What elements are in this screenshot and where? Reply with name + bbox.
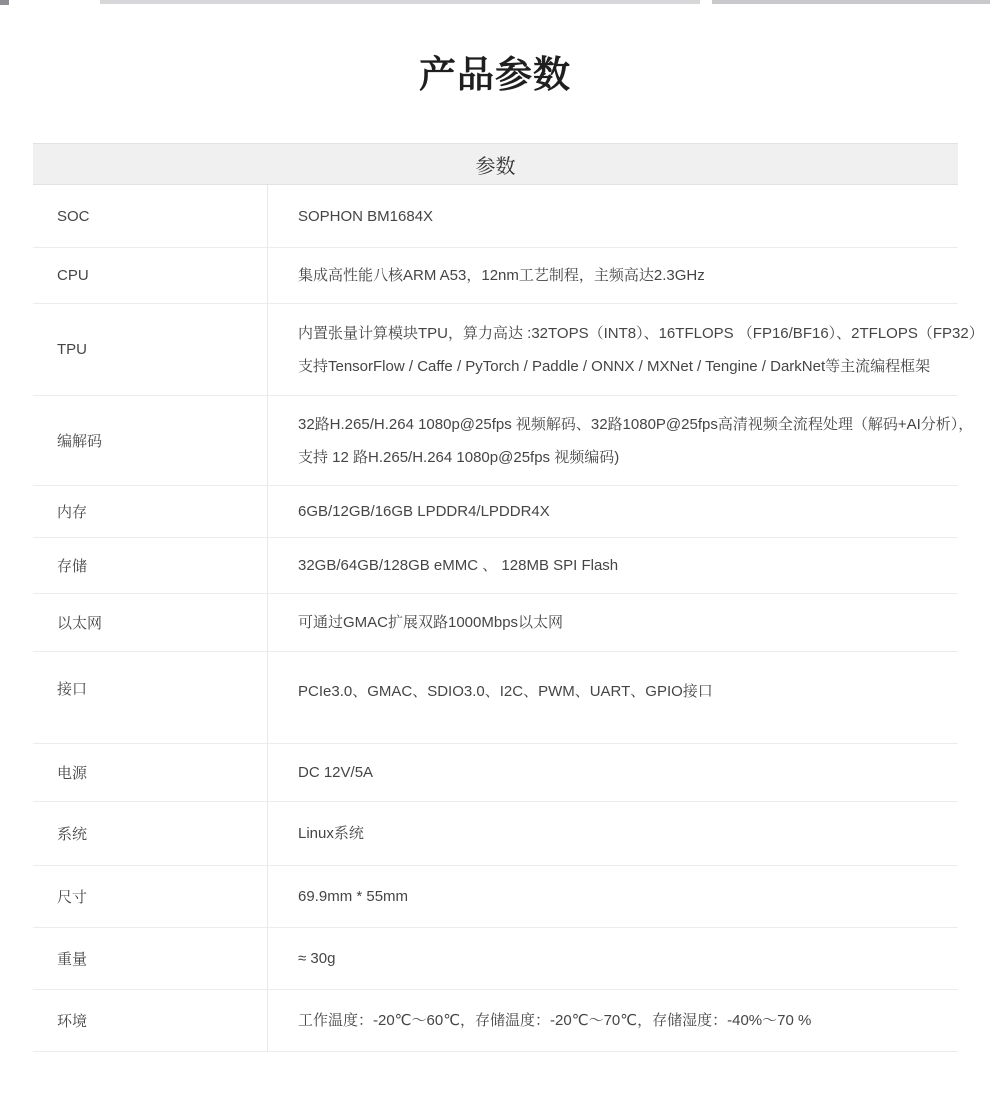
table-row-power: 电源 DC 12V/5A <box>33 744 958 802</box>
spec-value: ≈ 30g <box>268 928 958 989</box>
table-row-environment: 环境 工作温度：-20℃～60℃，存储温度：-20℃～70℃，存储湿度：-40%… <box>33 990 958 1052</box>
spec-value-line: 支持 12 路H.265/H.264 1080p@25fps 视频编码) <box>298 441 973 474</box>
spec-value: 集成高性能八核ARM A53，12nm工艺制程，主频高达2.3GHz <box>268 248 958 303</box>
spec-table: 参数 SOC SOPHON BM1684X CPU 集成高性能八核ARM A53… <box>33 143 958 1052</box>
spec-label: CPU <box>33 248 268 303</box>
top-clipped-strip <box>0 0 990 5</box>
spec-value-line: 32GB/64GB/128GB eMMC 、 128MB SPI Flash <box>298 549 948 582</box>
spec-value-line: 69.9mm * 55mm <box>298 880 948 913</box>
spec-value-line: SOPHON BM1684X <box>298 200 948 233</box>
spec-value: PCIe3.0、GMAC、SDIO3.0、I2C、PWM、UART、GPIO接口 <box>268 652 958 743</box>
table-row-ethernet: 以太网 可通过GMAC扩展双路1000Mbps以太网 <box>33 594 958 652</box>
spec-value: 6GB/12GB/16GB LPDDR4/LPDDR4X <box>268 486 958 537</box>
top-clipped-strip-light-segment <box>100 0 700 4</box>
spec-value-line: 6GB/12GB/16GB LPDDR4/LPDDR4X <box>298 495 948 528</box>
spec-value-line: Linux系统 <box>298 817 948 850</box>
spec-label: 环境 <box>33 990 268 1051</box>
spec-value-line: 32路H.265/H.264 1080p@25fps 视频解码、32路1080P… <box>298 408 973 441</box>
table-row-codec: 编解码 32路H.265/H.264 1080p@25fps 视频解码、32路1… <box>33 396 958 486</box>
spec-label: 接口 <box>33 652 268 743</box>
spec-value-line: PCIe3.0、GMAC、SDIO3.0、I2C、PWM、UART、GPIO接口 <box>298 675 948 708</box>
table-row-soc: SOC SOPHON BM1684X <box>33 185 958 248</box>
table-row-tpu: TPU 内置张量计算模块TPU，算力高达 :32TOPS（INT8）、16TFL… <box>33 304 958 396</box>
spec-table-header: 参数 <box>33 143 958 185</box>
table-row-cpu: CPU 集成高性能八核ARM A53，12nm工艺制程，主频高达2.3GHz <box>33 248 958 304</box>
spec-label: 重量 <box>33 928 268 989</box>
spec-label: 尺寸 <box>33 866 268 927</box>
spec-value-line: 工作温度：-20℃～60℃，存储温度：-20℃～70℃，存储湿度：-40%～70… <box>298 1004 948 1037</box>
spec-label: 电源 <box>33 744 268 801</box>
spec-label: 编解码 <box>33 396 268 485</box>
spec-label: 以太网 <box>33 594 268 651</box>
spec-label: TPU <box>33 304 268 395</box>
spec-label: 存储 <box>33 538 268 593</box>
table-row-weight: 重量 ≈ 30g <box>33 928 958 990</box>
spec-value-line: 内置张量计算模块TPU，算力高达 :32TOPS（INT8）、16TFLOPS … <box>298 317 984 350</box>
table-row-storage: 存储 32GB/64GB/128GB eMMC 、 128MB SPI Flas… <box>33 538 958 594</box>
spec-label: 内存 <box>33 486 268 537</box>
spec-value: 可通过GMAC扩展双路1000Mbps以太网 <box>268 594 958 651</box>
spec-label: SOC <box>33 185 268 247</box>
spec-value: 69.9mm * 55mm <box>268 866 958 927</box>
spec-value: 32路H.265/H.264 1080p@25fps 视频解码、32路1080P… <box>268 396 983 485</box>
table-row-dimensions: 尺寸 69.9mm * 55mm <box>33 866 958 928</box>
spec-value-line: 支持TensorFlow / Caffe / PyTorch / Paddle … <box>298 350 984 383</box>
table-row-memory: 内存 6GB/12GB/16GB LPDDR4/LPDDR4X <box>33 486 958 538</box>
top-clipped-strip-dark-segment <box>0 0 9 5</box>
spec-value: 内置张量计算模块TPU，算力高达 :32TOPS（INT8）、16TFLOPS … <box>268 304 990 395</box>
spec-value-line: DC 12V/5A <box>298 756 948 789</box>
spec-value: Linux系统 <box>268 802 958 865</box>
table-row-os: 系统 Linux系统 <box>33 802 958 866</box>
spec-label: 系统 <box>33 802 268 865</box>
page-title: 产品参数 <box>0 53 990 97</box>
spec-value: 工作温度：-20℃～60℃，存储温度：-20℃～70℃，存储湿度：-40%～70… <box>268 990 958 1051</box>
spec-value-line: ≈ 30g <box>298 942 948 975</box>
spec-value: 32GB/64GB/128GB eMMC 、 128MB SPI Flash <box>268 538 958 593</box>
spec-value-line: 集成高性能八核ARM A53，12nm工艺制程，主频高达2.3GHz <box>298 259 948 292</box>
spec-value: SOPHON BM1684X <box>268 185 958 247</box>
top-clipped-strip-mid-segment <box>712 0 990 4</box>
spec-value: DC 12V/5A <box>268 744 958 801</box>
table-row-interfaces: 接口 PCIe3.0、GMAC、SDIO3.0、I2C、PWM、UART、GPI… <box>33 652 958 744</box>
spec-value-line: 可通过GMAC扩展双路1000Mbps以太网 <box>298 606 948 639</box>
